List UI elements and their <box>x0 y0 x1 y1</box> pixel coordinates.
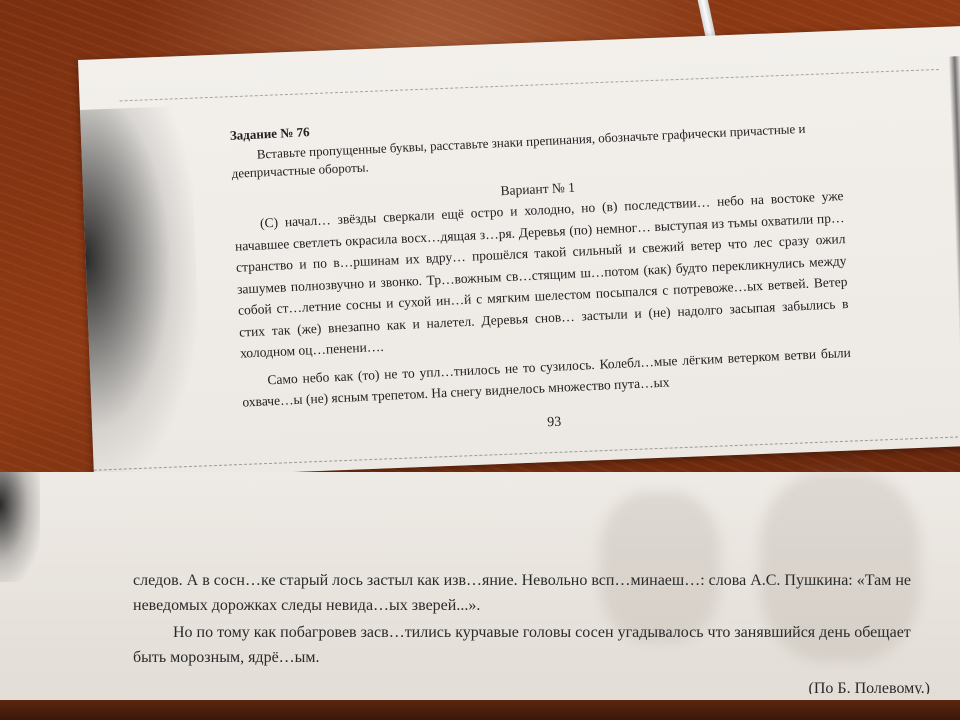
continued-text: следов. А в сосн…ке старый лось застыл к… <box>133 568 918 670</box>
exercise-paragraph-1: (С) начал… звёзды сверкали ещё остро и х… <box>234 185 850 364</box>
table-edge <box>0 700 960 720</box>
continued-paragraph-1: следов. А в сосн…ке старый лось застыл к… <box>133 568 918 618</box>
bottom-page: следов. А в сосн…ке старый лось застыл к… <box>0 472 960 702</box>
exercise-content: Задание № 76 Вставьте пропущенные буквы,… <box>229 96 852 413</box>
page-number: 93 <box>547 415 562 432</box>
continued-paragraph-2: Но по тому как побагровев засв…тились ку… <box>133 620 918 670</box>
top-page: Задание № 76 Вставьте пропущенные буквы,… <box>78 25 960 479</box>
author-attribution: (По Б. Полевому.) <box>809 680 931 694</box>
